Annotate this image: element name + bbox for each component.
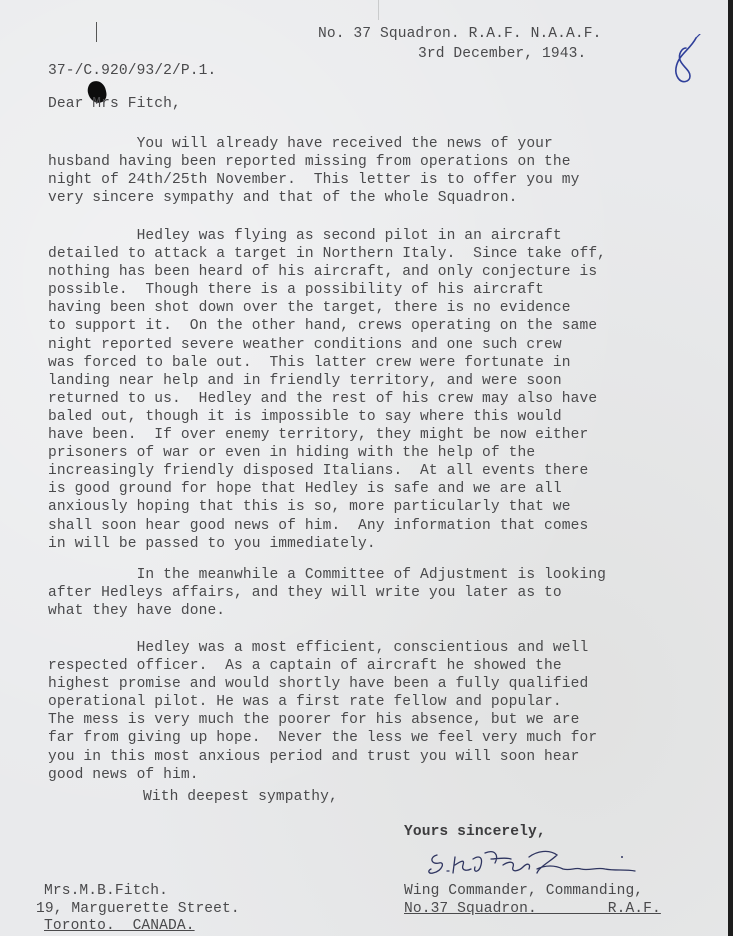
text-line: far from giving up hope. Never the less … [48, 729, 728, 747]
text-line: operational pilot. He was a first rate f… [48, 693, 728, 711]
text-line: The mess is very much the poorer for his… [48, 711, 728, 729]
text-line: husband having been reported missing fro… [48, 153, 728, 171]
text-line: what they have done. [48, 602, 728, 620]
valediction: Yours sincerely, [404, 823, 546, 841]
text-line: respected officer. As a captain of aircr… [48, 657, 728, 675]
text-line: night of 24th/25th November. This letter… [48, 171, 728, 189]
text-line: was forced to bale out. This latter crew… [48, 354, 728, 372]
header-squadron: No. 37 Squadron. R.A.F. N.A.A.F. [318, 25, 601, 43]
text-line: prisoners of war or even in hiding with … [48, 444, 728, 462]
text-line: is good ground for hope that Hedley is s… [48, 480, 728, 498]
text-line: to support it. On the other hand, crews … [48, 317, 728, 335]
text-line: You will already have received the news … [48, 135, 728, 153]
recipient-street: 19, Marguerette Street. [36, 900, 240, 918]
text-line: possible. Though there is a possibility … [48, 281, 728, 299]
text-line: landing near help and in friendly territ… [48, 372, 728, 390]
text-line: very sincere sympathy and that of the wh… [48, 189, 728, 207]
text-line: returned to us. Hedley and the rest of h… [48, 390, 728, 408]
text-line: anxiously hoping that this is so, more p… [48, 498, 728, 516]
text-line: shall soon hear good news of him. Any in… [48, 517, 728, 535]
paragraph-4: Hedley was a most efficient, conscientio… [48, 639, 728, 784]
text-line: have been. If over enemy territory, they… [48, 426, 728, 444]
handwritten-signature [425, 845, 645, 881]
paragraph-2: Hedley was flying as second pilot in an … [48, 227, 728, 553]
pencil-mark [96, 22, 97, 42]
recipient-city: Toronto. CANADA. [44, 917, 195, 935]
text-line: Hedley was flying as second pilot in an … [48, 227, 728, 245]
text-line: nothing has been heard of his aircraft, … [48, 263, 728, 281]
text-line: you in this most anxious period and trus… [48, 748, 728, 766]
signatory-unit: No.37 Squadron. R.A.F. [404, 900, 661, 918]
paragraph-1: You will already have received the news … [48, 135, 728, 207]
letter-page: No. 37 Squadron. R.A.F. N.A.A.F. 3rd Dec… [0, 0, 728, 936]
closing-line: With deepest sympathy, [143, 788, 338, 806]
text-line: night reported severe weather conditions… [48, 336, 728, 354]
text-line: Hedley was a most efficient, conscientio… [48, 639, 728, 657]
recipient-name: Mrs.M.B.Fitch. [44, 882, 168, 900]
text-line: having been shot down over the target, t… [48, 299, 728, 317]
scan-edge [728, 0, 733, 936]
text-line: good news of him. [48, 766, 728, 784]
paragraph-3: In the meanwhile a Committee of Adjustme… [48, 566, 728, 620]
signatory-title: Wing Commander, Commanding, [404, 882, 643, 900]
text-line: highest promise and would shortly have b… [48, 675, 728, 693]
text-line: In the meanwhile a Committee of Adjustme… [48, 566, 728, 584]
header-date: 3rd December, 1943. [418, 45, 586, 63]
fold-line [378, 0, 379, 20]
text-line: detailed to attack a target in Northern … [48, 245, 728, 263]
text-line: baled out, though it is impossible to sa… [48, 408, 728, 426]
handwritten-page-number [666, 34, 706, 94]
text-line: after Hedleys affairs, and they will wri… [48, 584, 728, 602]
text-line: in will be passed to you immediately. [48, 535, 728, 553]
reference-number: 37-/C.920/93/2/P.1. [48, 62, 216, 80]
text-line: increasingly friendly disposed Italians.… [48, 462, 728, 480]
salutation: Dear Mrs Fitch, [48, 95, 181, 113]
